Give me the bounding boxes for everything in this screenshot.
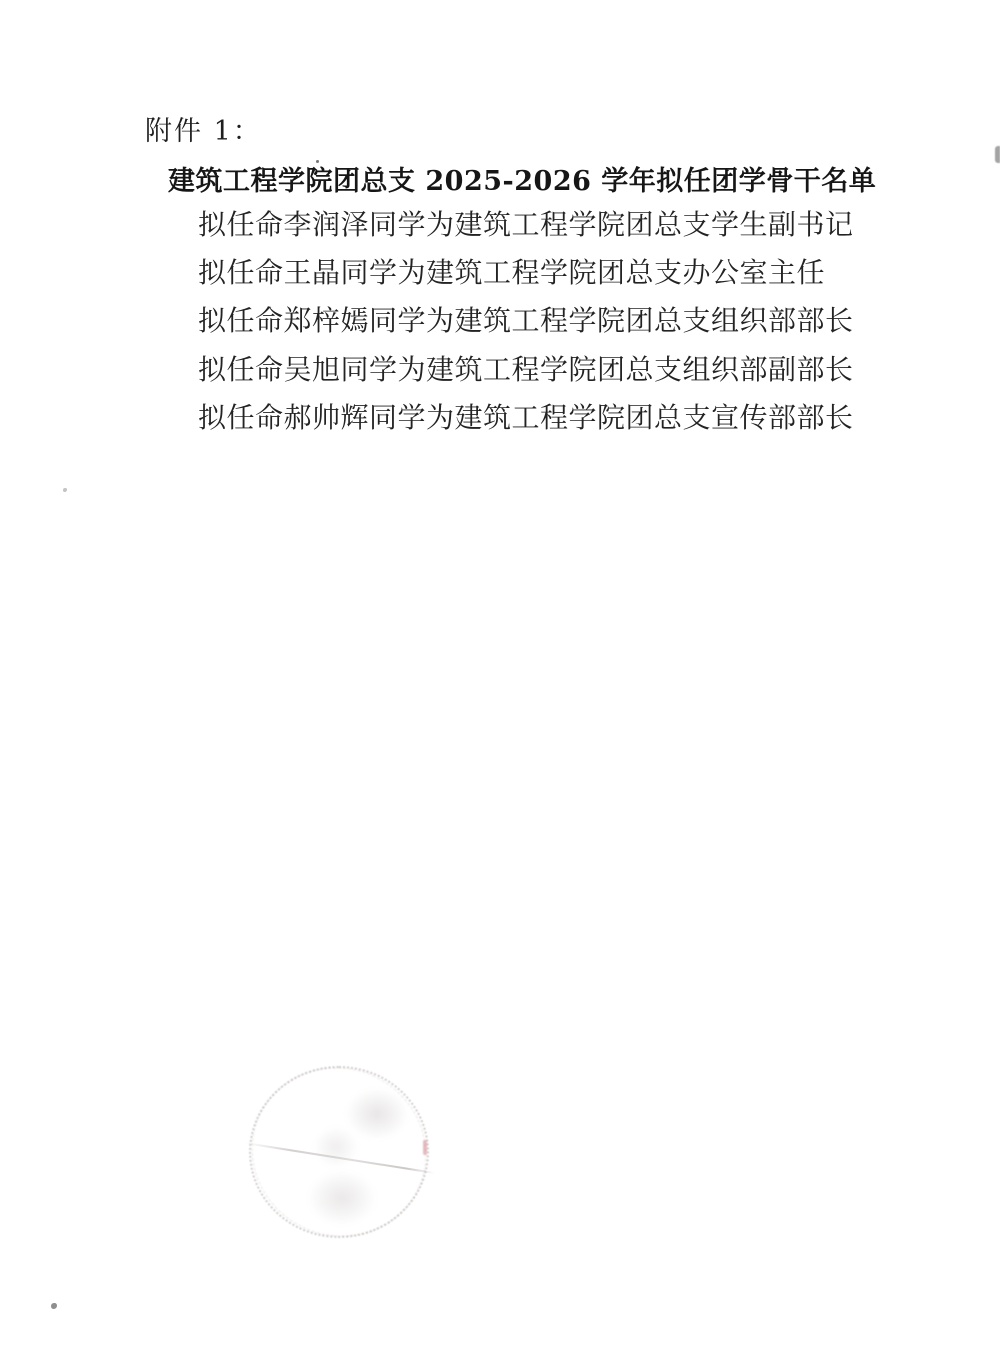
appointment-line-3: 拟任命郑梓嫣同学为建筑工程学院团总支组织部部长 xyxy=(198,305,854,337)
scan-mark-right-edge xyxy=(995,146,1000,163)
appointment-line-5: 拟任命郝帅辉同学为建筑工程学院团总支宣传部部长 xyxy=(198,402,854,434)
stamp-center-smudge xyxy=(313,1126,359,1168)
stamp-text-smudge-top xyxy=(345,1088,409,1140)
scanned-document-page: 附件 1： 建筑工程学院团总支 2025-2026 学年拟任团学骨干名单 拟任命… xyxy=(0,0,1000,1356)
scan-speck-left-margin xyxy=(63,488,67,492)
stamp-outline-ring xyxy=(249,1066,429,1238)
scan-speck-above-title xyxy=(316,160,319,163)
scan-speck-bottom-left xyxy=(51,1303,57,1309)
stamp-inner-ring xyxy=(224,1039,453,1264)
appointment-line-4: 拟任命吴旭同学为建筑工程学院团总支组织部副部长 xyxy=(198,354,854,386)
document-title: 建筑工程学院团总支 2025-2026 学年拟任团学骨干名单 xyxy=(168,166,876,197)
stamp-red-ink-fleck xyxy=(423,1140,427,1155)
stamp-scratch-line xyxy=(245,1142,435,1174)
appointment-line-1: 拟任命李润泽同学为建筑工程学院团总支学生副书记 xyxy=(198,209,854,241)
appointment-line-2: 拟任命王晶同学为建筑工程学院团总支办公室主任 xyxy=(198,257,825,289)
official-seal-stamp xyxy=(249,1066,429,1238)
stamp-text-smudge-bottom xyxy=(307,1170,377,1226)
attachment-label: 附件 1： xyxy=(145,116,262,147)
